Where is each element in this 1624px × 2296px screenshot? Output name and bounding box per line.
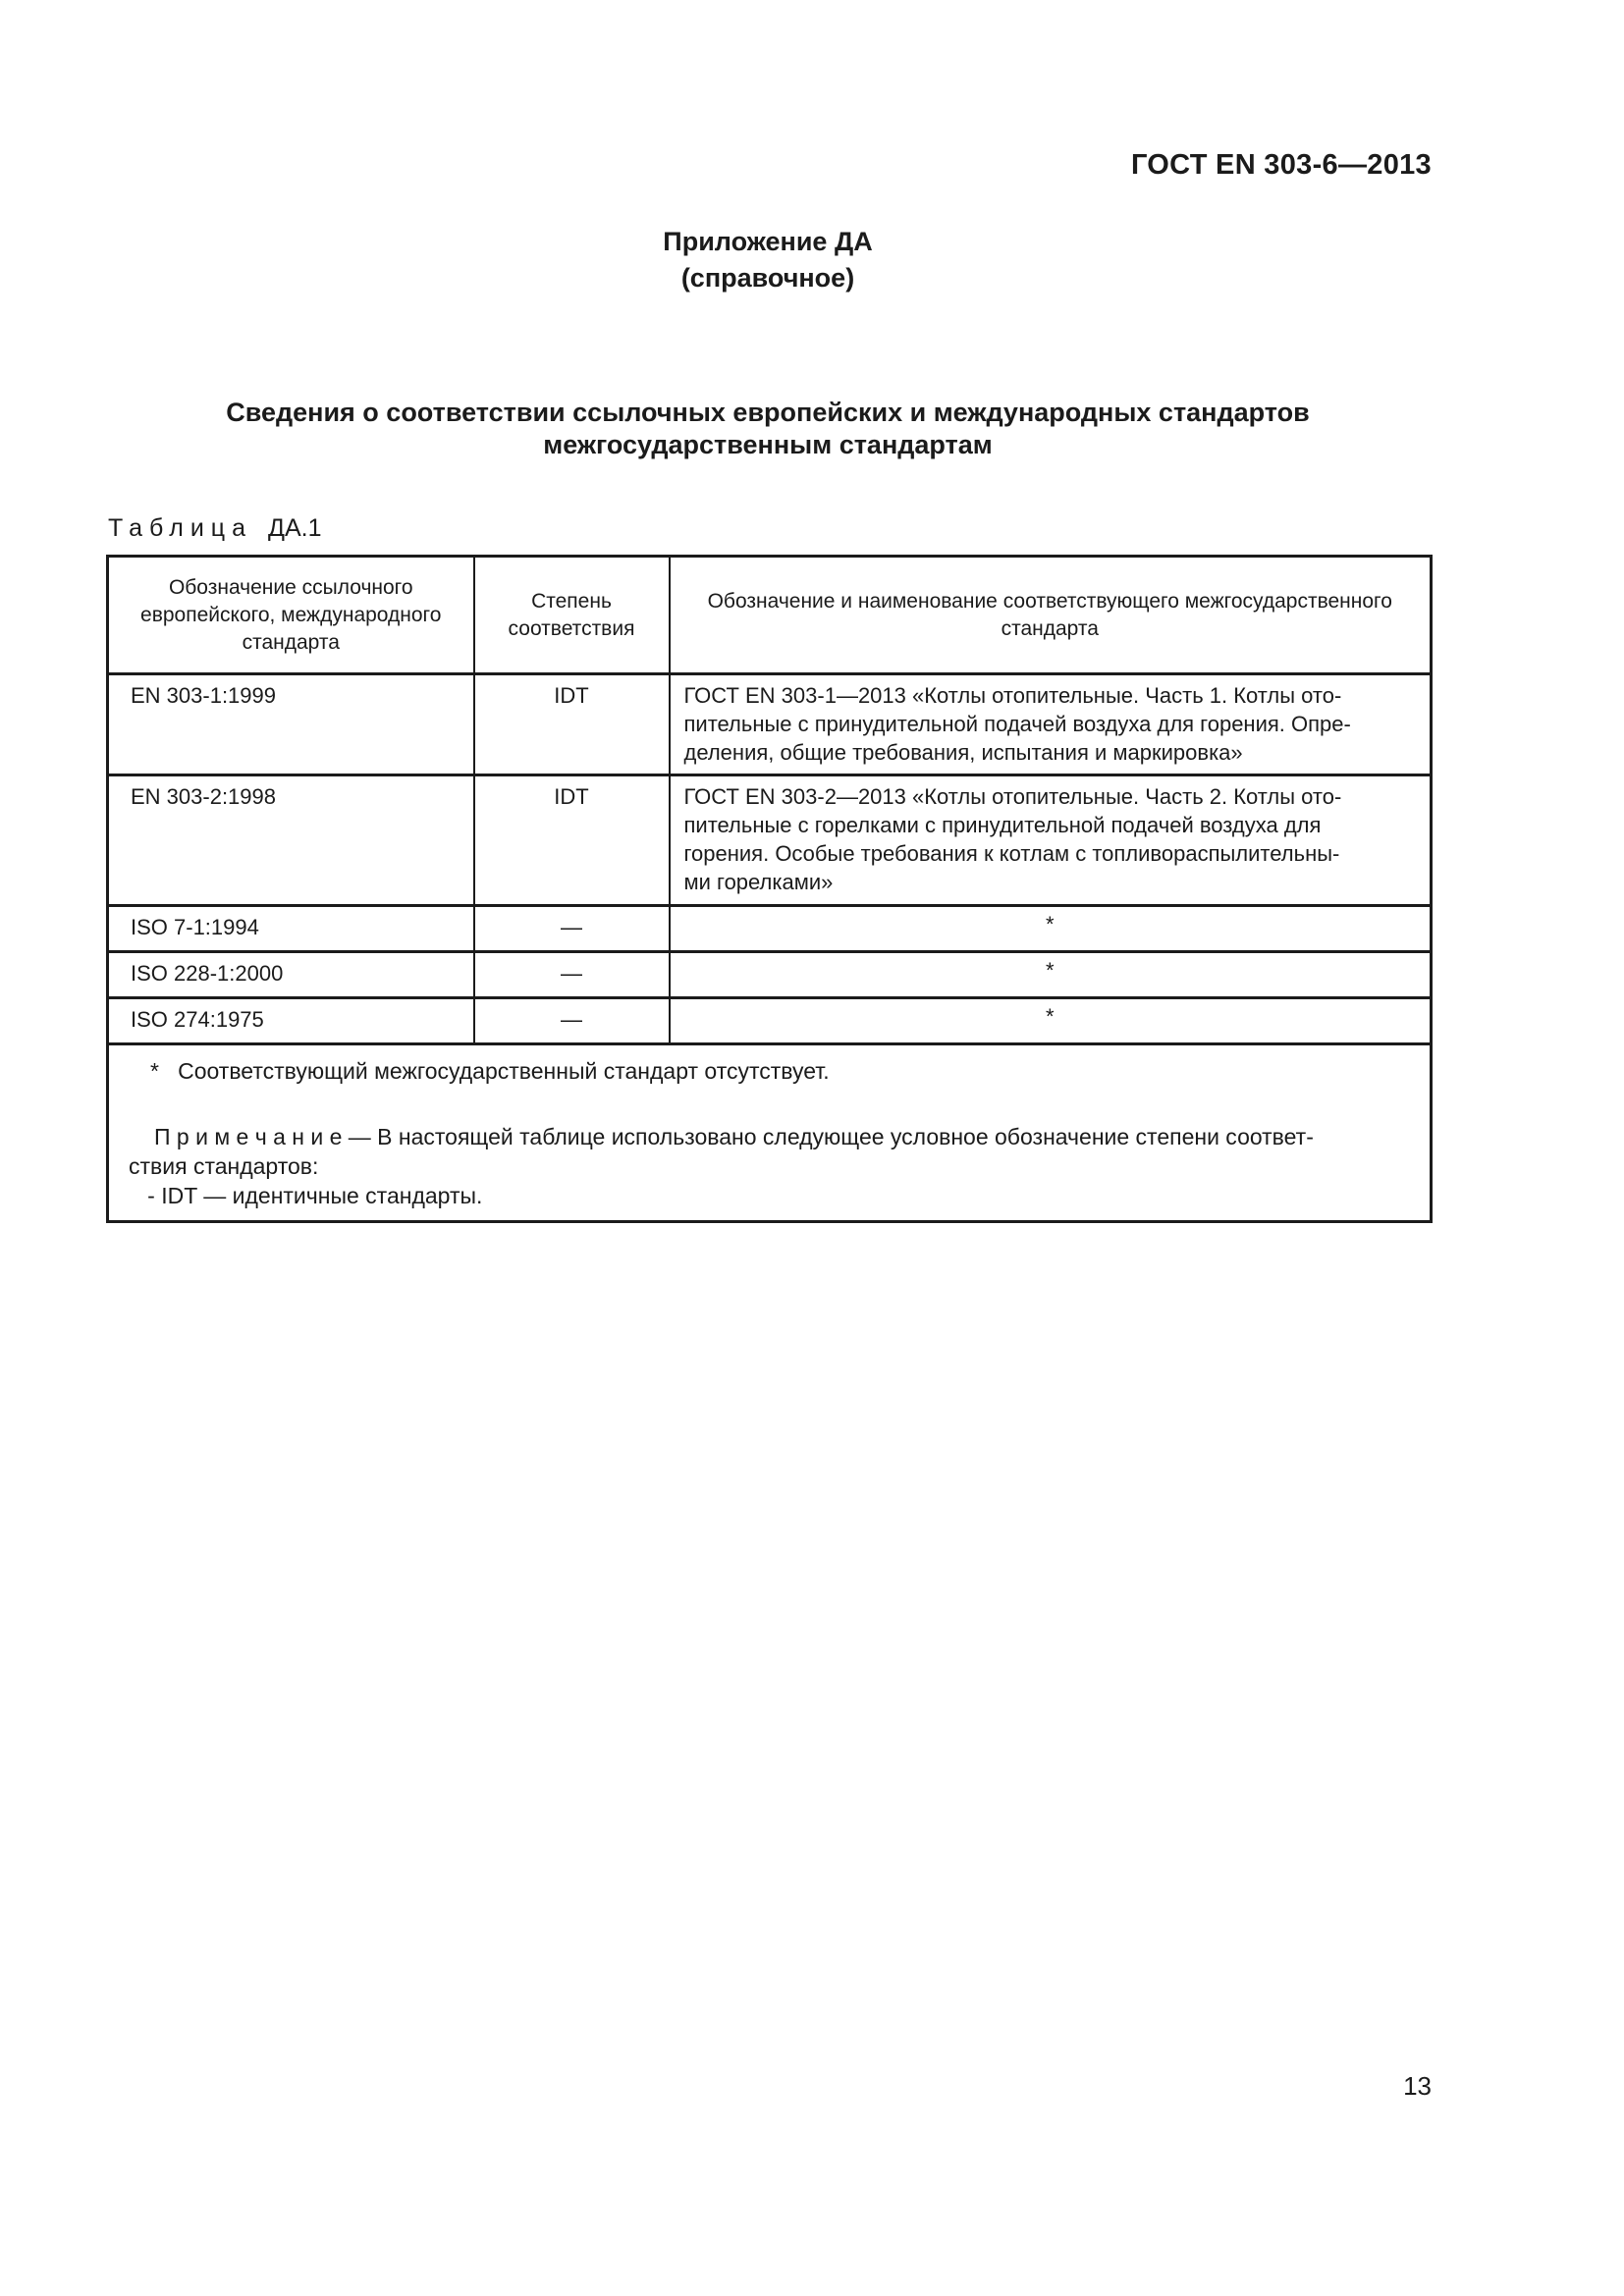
- cell-degree: IDT: [474, 775, 670, 906]
- cell-match: *: [670, 998, 1432, 1044]
- cell-degree: —: [474, 906, 670, 952]
- cell-match: *: [670, 906, 1432, 952]
- cell-standard: ISO 228-1:2000: [108, 952, 474, 998]
- cell-standard: ISO 7-1:1994: [108, 906, 474, 952]
- cell-standard: EN 303-2:1998: [108, 775, 474, 906]
- appendix-heading: Приложение ДА (справочное): [106, 224, 1430, 296]
- header-cell-degree: Степень соответствия: [474, 557, 670, 674]
- title-line-2: межгосударственным стандартам: [106, 429, 1430, 461]
- correspondence-table: Обозначение ссылочного европейского, меж…: [106, 555, 1433, 1223]
- table-footer-cell: * Соответствующий межгосударственный ста…: [108, 1044, 1432, 1222]
- table-label-word: Таблица: [108, 514, 252, 542]
- page-number: 13: [1403, 2071, 1432, 2102]
- table-label: ТаблицаДА.1: [108, 514, 322, 543]
- cell-match: ГОСТ EN 303-2—2013 «Котлы отопительные. …: [670, 775, 1432, 906]
- header-cell-match: Обозначение и наименование соответствующ…: [670, 557, 1432, 674]
- title-line-1: Сведения о соответствии ссылочных европе…: [106, 397, 1430, 429]
- table-row: EN 303-1:1999 IDT ГОСТ EN 303-1—2013 «Ко…: [108, 674, 1432, 775]
- cell-standard: ISO 274:1975: [108, 998, 474, 1044]
- cell-match: ГОСТ EN 303-1—2013 «Котлы отопительные. …: [670, 674, 1432, 775]
- table-footer-row: * Соответствующий межгосударственный ста…: [108, 1044, 1432, 1222]
- table-note: П р и м е ч а н и е — В настоящей таблиц…: [129, 1122, 1410, 1210]
- table-row: ISO 274:1975 — *: [108, 998, 1432, 1044]
- appendix-subtitle: (справочное): [106, 260, 1430, 296]
- cell-degree: IDT: [474, 674, 670, 775]
- page-title: Сведения о соответствии ссылочных европе…: [106, 397, 1430, 461]
- appendix-title: Приложение ДА: [106, 224, 1430, 260]
- cell-match: *: [670, 952, 1432, 998]
- cell-degree: —: [474, 952, 670, 998]
- cell-degree: —: [474, 998, 670, 1044]
- table-header-row: Обозначение ссылочного европейского, меж…: [108, 557, 1432, 674]
- header-cell-standard: Обозначение ссылочного европейского, меж…: [108, 557, 474, 674]
- cell-standard: EN 303-1:1999: [108, 674, 474, 775]
- table-row: ISO 228-1:2000 — *: [108, 952, 1432, 998]
- document-page: ГОСТ EN 303-6—2013 Приложение ДА (справо…: [0, 0, 1624, 2296]
- table-footnote: * Соответствующий межгосударственный ста…: [129, 1057, 1410, 1086]
- table-row: EN 303-2:1998 IDT ГОСТ EN 303-2—2013 «Ко…: [108, 775, 1432, 906]
- table-row: ISO 7-1:1994 — *: [108, 906, 1432, 952]
- table-label-number: ДА.1: [268, 514, 321, 542]
- doc-code: ГОСТ EN 303-6—2013: [1131, 149, 1432, 182]
